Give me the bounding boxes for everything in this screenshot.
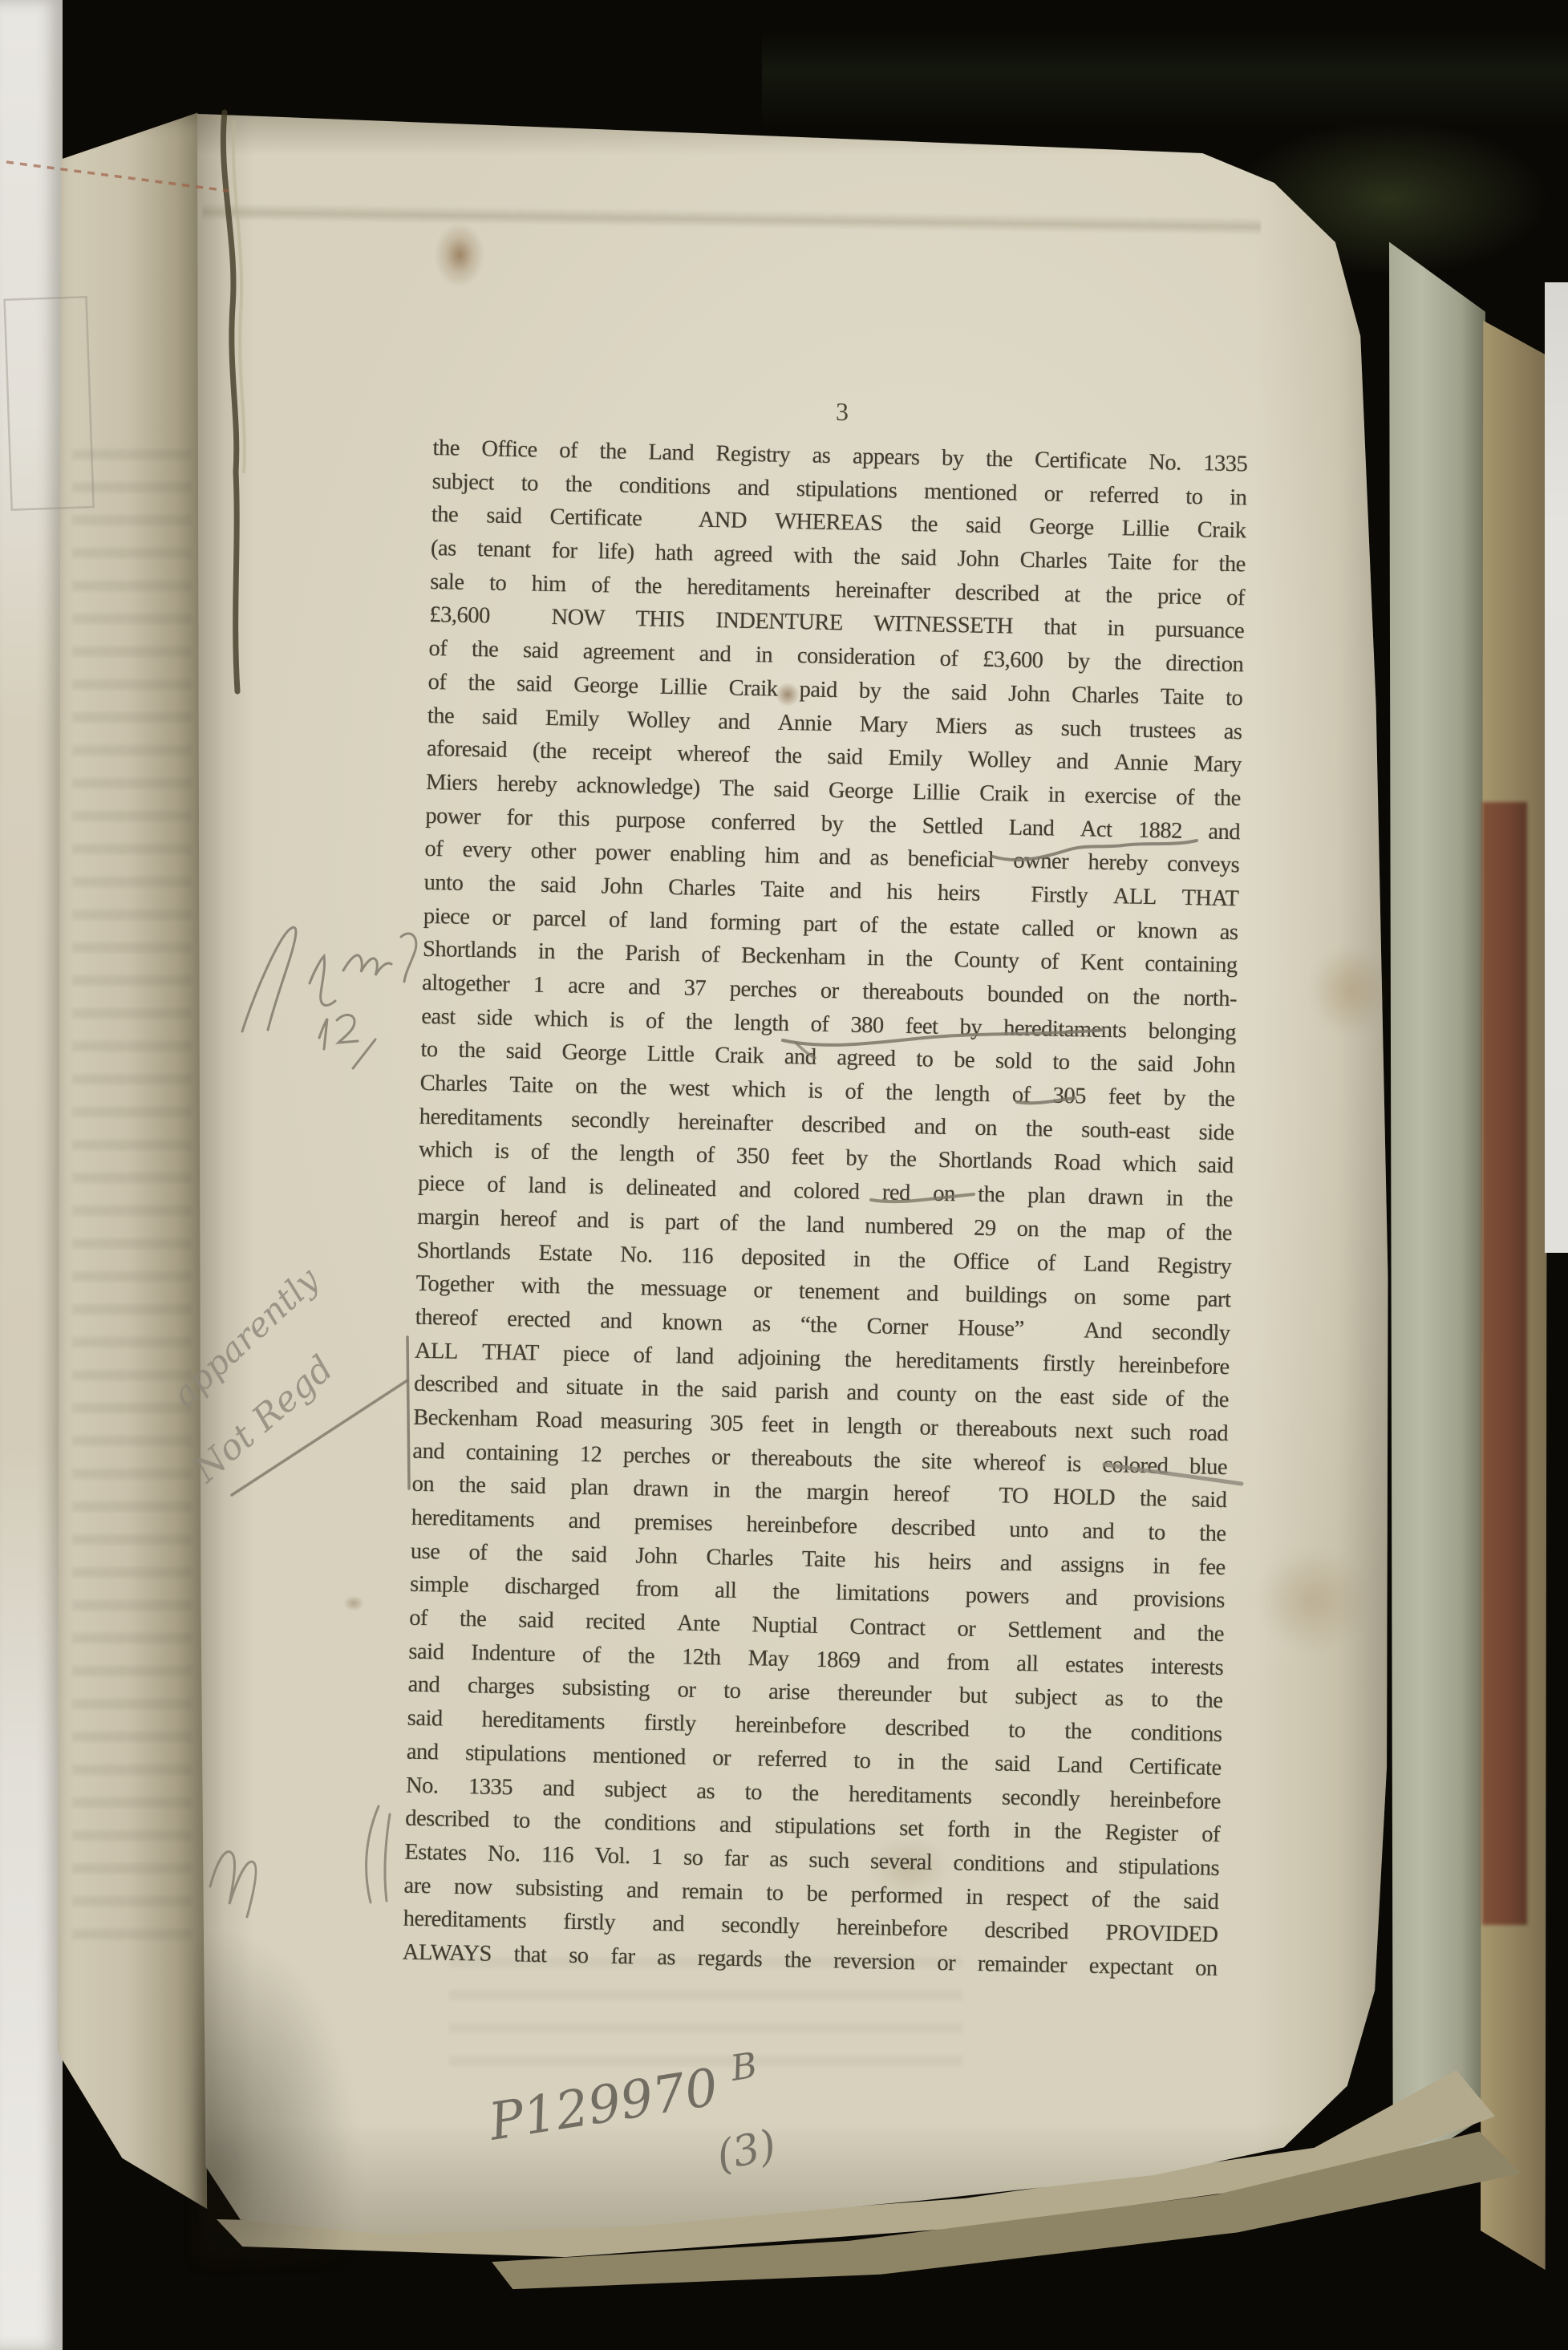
book-scan: 3 theOfficeoftheLandRegistryasappearsbyt… xyxy=(0,0,1568,2350)
stain xyxy=(1298,930,1402,1051)
stain xyxy=(435,223,484,287)
loose-sheet-edge xyxy=(1545,282,1568,1253)
stain xyxy=(1239,1532,1384,1668)
page-shadow xyxy=(197,1845,406,2262)
print-show-through xyxy=(72,449,192,1957)
page-number: 3 xyxy=(825,397,860,427)
binding-board-edge xyxy=(1482,802,1527,1925)
adjacent-page-edge xyxy=(0,0,63,2350)
stain xyxy=(340,1593,367,1614)
document-text: theOfficeoftheLandRegistryasappearsbythe… xyxy=(403,432,1248,1986)
page-stack-edge xyxy=(1389,234,1485,2175)
